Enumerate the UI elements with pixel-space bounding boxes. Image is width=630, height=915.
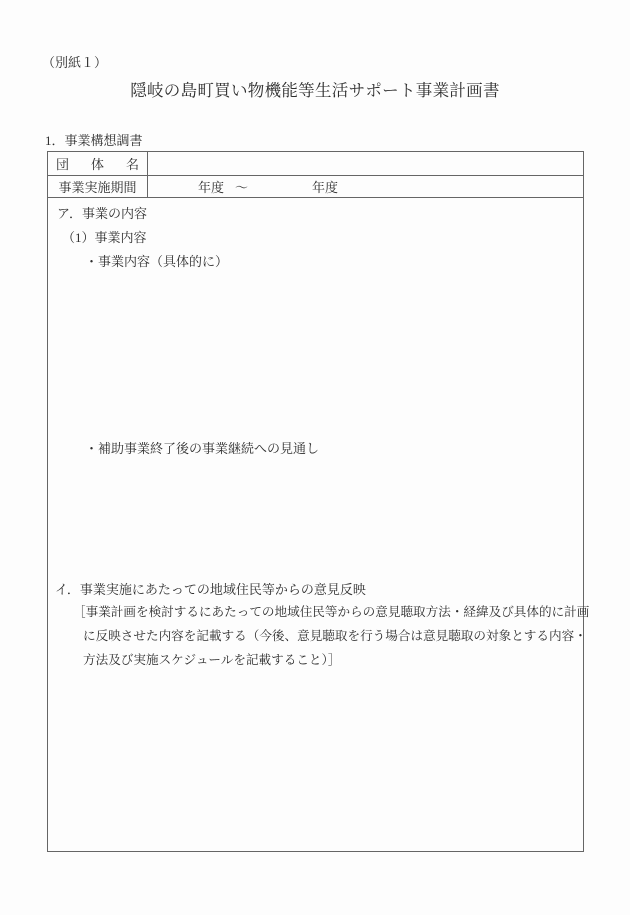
section-1-heading: 1．事業構想調書 xyxy=(45,130,143,149)
section-a-heading: ア．事業の内容 xyxy=(57,206,147,221)
implementation-period-row: 事業実施期間 年度 ～ 年度 xyxy=(48,175,583,197)
document-title: 隠岐の島町買い物機能等生活サポート事業計画書 xyxy=(0,77,630,101)
organization-name-row: 団 体 名 xyxy=(48,152,583,175)
project-plan-table: 団 体 名 事業実施期間 年度 ～ 年度 ア．事業の内容 （1）事業内容 ・事業… xyxy=(47,151,584,852)
note-line-1: ［事業計画を検討するにあたっての地域住民等からの意見聴取方法・経緯及び具体的に計… xyxy=(73,605,589,620)
attachment-label: （別紙１） xyxy=(42,52,107,71)
organization-name-label: 団 体 名 xyxy=(48,152,148,175)
organization-name-value-field[interactable] xyxy=(148,152,583,175)
business-content-cell[interactable]: ア．事業の内容 （1）事業内容 ・事業内容（具体的に） ・補助事業終了後の事業継… xyxy=(48,197,583,851)
note-line-2: に反映させた内容を記載する（今後、意見聴取を行う場合は意見聴取の対象とする内容・ xyxy=(83,629,587,644)
implementation-period-value-field[interactable]: 年度 ～ 年度 xyxy=(148,176,583,197)
fiscal-year-end-label: 年度 xyxy=(312,177,338,196)
item-1-heading: （1）事業内容 xyxy=(62,230,147,245)
bullet-continuation-outlook: ・補助事業終了後の事業継続への見通し xyxy=(85,441,319,456)
document-page: （別紙１） 隠岐の島町買い物機能等生活サポート事業計画書 1．事業構想調書 団 … xyxy=(0,0,630,915)
note-line-3: 方法及び実施スケジュールを記載すること）］ xyxy=(83,653,340,668)
section-i-heading: イ．事業実施にあたっての地域住民等からの意見反映 xyxy=(55,582,366,597)
implementation-period-label: 事業実施期間 xyxy=(48,176,148,197)
period-range-separator: ～ xyxy=(235,177,248,196)
bullet-business-detail: ・事業内容（具体的に） xyxy=(85,254,228,269)
fiscal-year-start-label: 年度 xyxy=(198,177,224,196)
